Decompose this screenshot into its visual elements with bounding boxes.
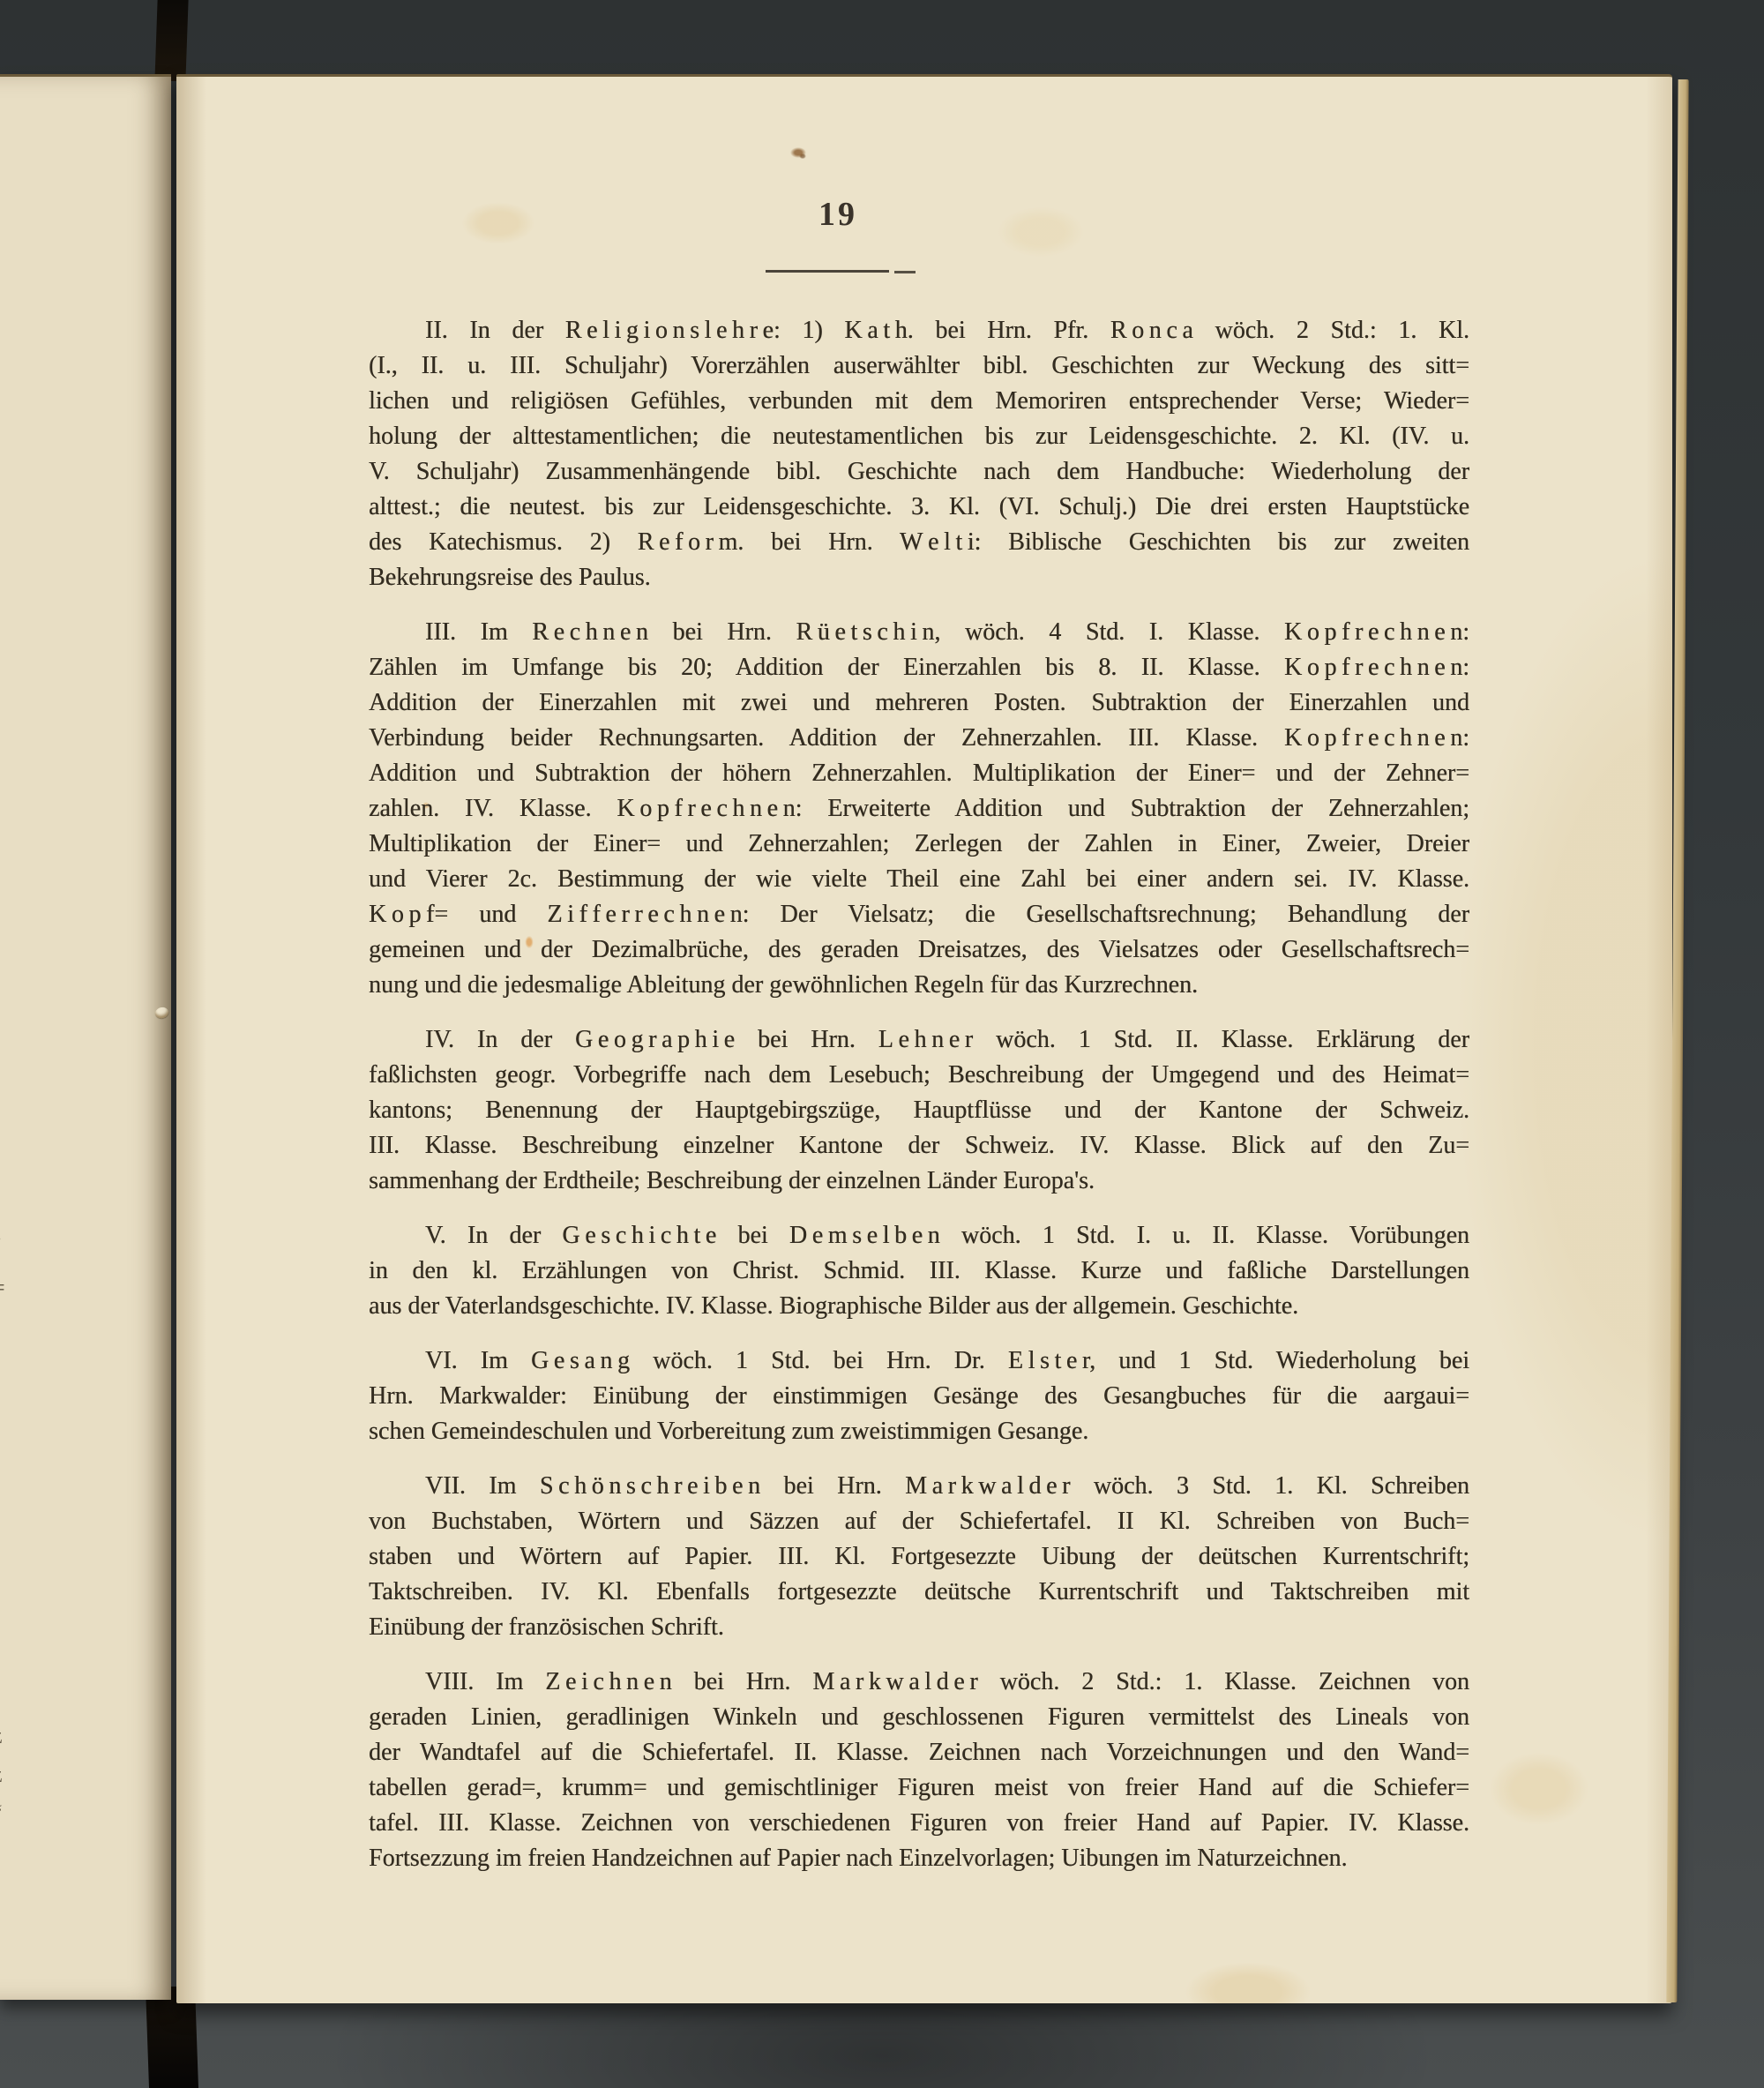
folio-rule-long (766, 270, 889, 273)
text-line: Taktschreiben. IV. Kl. Ebenfalls fortges… (369, 1575, 1469, 1610)
text-line: VI. Im G e s a n g wöch. 1 Std. bei Hrn.… (369, 1343, 1469, 1379)
bookmark-ribbon-top (154, 0, 188, 81)
text-line: V. Schuljahr) Zusammenhängende bibl. Ges… (369, 454, 1469, 490)
paragraph: V. In der G e s c h i c h t e bei D e m … (369, 1218, 1469, 1324)
text-line: Verbindung beider Rechnungsarten. Additi… (369, 721, 1469, 756)
text-line: IV. In der G e o g r a p h i e bei Hrn. … (369, 1022, 1469, 1058)
text-line: Fortsezzung im freien Handzeichnen auf P… (369, 1841, 1469, 1876)
text-line: VII. Im S c h ö n s c h r e i b e n bei … (369, 1469, 1469, 1504)
paragraph: IV. In der G e o g r a p h i e bei Hrn. … (369, 1022, 1469, 1199)
text-line: III. Klasse. Beschreibung einzelner Kant… (369, 1128, 1469, 1164)
paragraph: VIII. Im Z e i c h n e n bei Hrn. M a r … (369, 1665, 1469, 1876)
text-line: Addition der Einerzahlen mit zwei und me… (369, 685, 1469, 721)
text-fragment: s (0, 1224, 13, 1246)
text-line: des Katechismus. 2) R e f o r m. bei Hrn… (369, 525, 1469, 560)
text-line: K o p f= und Z i f f e r r e c h n e n: … (369, 897, 1469, 932)
folio-rule-dash (894, 271, 916, 273)
text-line: schen Gemeindeschulen und Vorbereitung z… (369, 1414, 1469, 1449)
text-line: V. In der G e s c h i c h t e bei D e m … (369, 1218, 1469, 1254)
paragraph: VI. Im G e s a n g wöch. 1 Std. bei Hrn.… (369, 1343, 1469, 1449)
text-line: in den kl. Erzählungen von Christ. Schmi… (369, 1254, 1469, 1289)
text-line: alttest.; die neutest. bis zur Leidensge… (369, 490, 1469, 525)
paragraph: III. Im R e c h n e n bei Hrn. R ü e t s… (369, 615, 1469, 1003)
text-line: von Buchstaben, Wörtern und Säzzen auf d… (369, 1504, 1469, 1539)
text-line: nung und die jedesmalige Ableitung der g… (369, 968, 1469, 1003)
text-line: Einübung der französischen Schrift. (369, 1610, 1469, 1645)
text-line: geraden Linien, geradlinigen Winkeln und… (369, 1700, 1469, 1735)
text-line: Multiplikation der Einer= und Zehnerzahl… (369, 827, 1469, 862)
text-line: Bekehrungsreise des Paulus. (369, 560, 1469, 595)
text-fragment: = (0, 1276, 13, 1299)
page-number: 19 (750, 195, 926, 234)
text-line: III. Im R e c h n e n bei Hrn. R ü e t s… (369, 615, 1469, 650)
text-line: II. In der R e l i g i o n s l e h r e: … (369, 313, 1469, 348)
text-line: zahlen. IV. Klasse. K o p f r e c h n e … (369, 791, 1469, 827)
text-line: staben und Wörtern auf Papier. III. Kl. … (369, 1539, 1469, 1575)
paragraph: II. In der R e l i g i o n s l e h r e: … (369, 313, 1469, 595)
paragraph: VII. Im S c h ö n s c h r e i b e n bei … (369, 1469, 1469, 1645)
text-line: tabellen gerad=, krumm= und gemischtlini… (369, 1770, 1469, 1806)
text-line: lichen und religiösen Gefühles, verbunde… (369, 384, 1469, 419)
facing-page-edge: s=zz“ (0, 74, 171, 2000)
text-line: faßlichsten geogr. Vorbegriffe nach dem … (369, 1058, 1469, 1093)
text-line: sammenhang der Erdtheile; Beschreibung d… (369, 1164, 1469, 1199)
text-block: II. In der R e l i g i o n s l e h r e: … (369, 313, 1469, 1876)
text-line: aus der Vaterlandsgeschichte. IV. Klasse… (369, 1289, 1469, 1324)
text-line: und Vierer 2c. Bestimmung der wie vielte… (369, 862, 1469, 897)
text-line: tafel. III. Klasse. Zeichnen von verschi… (369, 1806, 1469, 1841)
text-line: der Wandtafel auf die Schiefertafel. II.… (369, 1735, 1469, 1770)
text-line: VIII. Im Z e i c h n e n bei Hrn. M a r … (369, 1665, 1469, 1700)
text-line: holung der alttestamentlichen; die neute… (369, 419, 1469, 454)
folio-rule (766, 270, 924, 273)
text-line: Hrn. Markwalder: Einübung der einstimmig… (369, 1379, 1469, 1414)
text-line: kantons; Benennung der Hauptgebirgszüge,… (369, 1093, 1469, 1128)
text-fragment: z (0, 1725, 13, 1747)
text-line: Zählen im Umfange bis 20; Addition der E… (369, 650, 1469, 685)
book-scan: s=zz“ 19 II. In der R e l i g i o n s l … (0, 0, 1764, 2088)
text-line: Addition und Subtraktion der höhern Zehn… (369, 756, 1469, 791)
text-line: gemeinen und der Dezimalbrüche, des gera… (369, 932, 1469, 968)
text-line: (I., II. u. III. Schuljahr) Vorerzählen … (369, 348, 1469, 384)
text-fragment: z (0, 1763, 13, 1786)
text-fragment: “ (0, 1802, 13, 1825)
page: 19 II. In der R e l i g i o n s l e h r … (176, 74, 1672, 2003)
